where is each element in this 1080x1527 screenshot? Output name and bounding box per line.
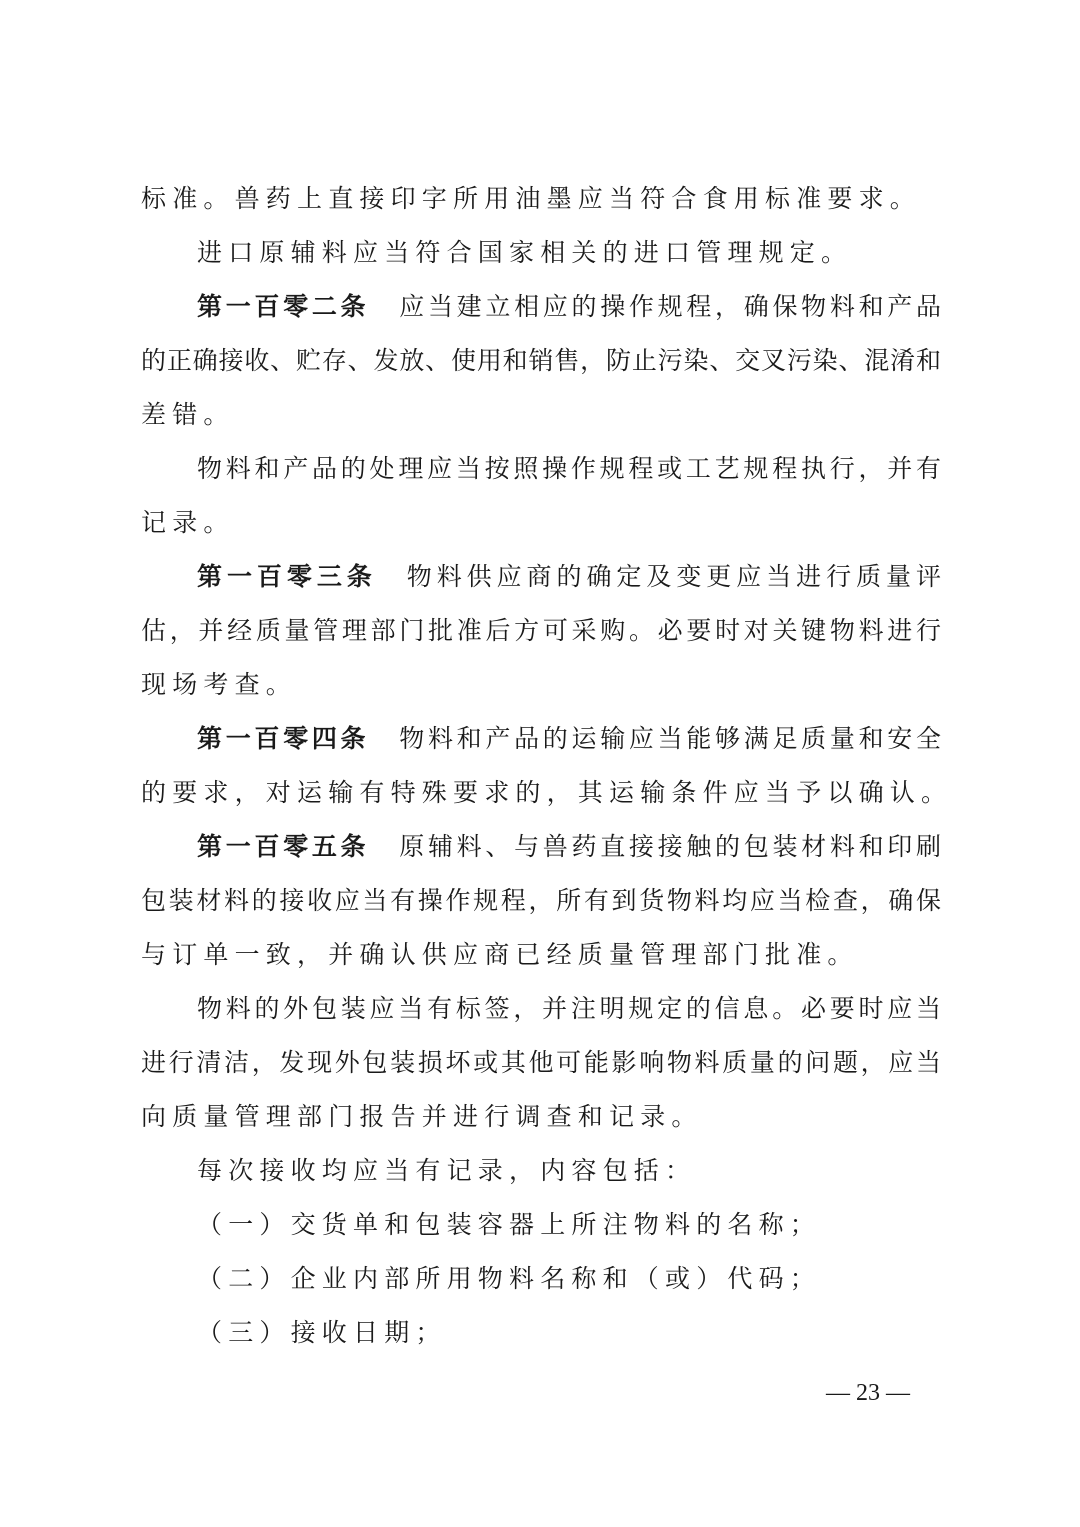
article-heading: 第一百零三条 xyxy=(197,562,377,591)
paragraph-line: 估，并经质量管理部门批准后方可采购。必要时对关键物料进行 xyxy=(141,616,941,646)
paragraph-line: 的要求，对运输有特殊要求的，其运输条件应当予以确认。 xyxy=(141,778,941,808)
article-heading: 第一百零五条 xyxy=(197,832,369,861)
paragraph-line: 记录。 xyxy=(141,508,941,538)
paragraph-line: 现场考查。 xyxy=(141,670,941,700)
article-103-line: 第一百零三条物料供应商的确定及变更应当进行质量评 xyxy=(197,562,941,592)
paragraph-line: 物料和产品的处理应当按照操作规程或工艺规程执行，并有 xyxy=(197,454,941,484)
paragraph-line: 的正确接收、贮存、发放、使用和销售，防止污染、交叉污染、混淆和 xyxy=(141,346,941,376)
list-item: （一）交货单和包装容器上所注物料的名称； xyxy=(197,1210,941,1240)
list-item: （二）企业内部所用物料名称和（或）代码； xyxy=(197,1264,941,1294)
article-102-line: 第一百零二条应当建立相应的操作规程，确保物料和产品 xyxy=(197,292,941,322)
paragraph-line: 每次接收均应当有记录，内容包括： xyxy=(197,1156,941,1186)
paragraph-line: 包装材料的接收应当有操作规程，所有到货物料均应当检查，确保 xyxy=(141,886,941,916)
page-number: — 23 — xyxy=(826,1378,910,1408)
article-heading: 第一百零二条 xyxy=(197,292,369,321)
paragraph-line: 进行清洁，发现外包装损坏或其他可能影响物料质量的问题，应当 xyxy=(141,1048,941,1078)
article-text: 原辅料、与兽药直接接触的包装材料和印刷 xyxy=(399,832,941,861)
article-heading: 第一百零四条 xyxy=(197,724,369,753)
paragraph-line: 差错。 xyxy=(141,400,941,430)
paragraph-line: 物料的外包装应当有标签，并注明规定的信息。必要时应当 xyxy=(197,994,941,1024)
article-105-line: 第一百零五条原辅料、与兽药直接接触的包装材料和印刷 xyxy=(197,832,941,862)
paragraph-line: 标准。兽药上直接印字所用油墨应当符合食用标准要求。 xyxy=(141,184,941,214)
article-text: 应当建立相应的操作规程，确保物料和产品 xyxy=(399,292,941,321)
paragraph-line: 向质量管理部门报告并进行调查和记录。 xyxy=(141,1102,941,1132)
paragraph-line: 与订单一致，并确认供应商已经质量管理部门批准。 xyxy=(141,940,941,970)
paragraph-line: 进口原辅料应当符合国家相关的进口管理规定。 xyxy=(197,238,941,268)
article-text: 物料供应商的确定及变更应当进行质量评 xyxy=(407,562,941,591)
list-item: （三）接收日期； xyxy=(197,1318,941,1348)
article-104-line: 第一百零四条物料和产品的运输应当能够满足质量和安全 xyxy=(197,724,941,754)
article-text: 物料和产品的运输应当能够满足质量和安全 xyxy=(399,724,941,753)
